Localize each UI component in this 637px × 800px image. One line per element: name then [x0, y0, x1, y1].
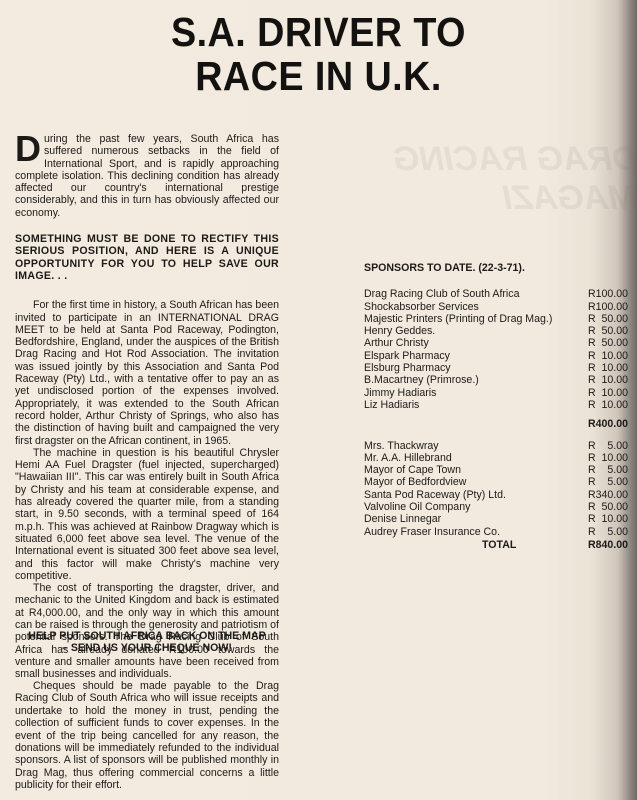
- sponsor-name: Drag Racing Club of South Africa: [364, 288, 519, 300]
- sponsor-name: Elspark Pharmacy: [364, 350, 450, 362]
- sponsor-name: Valvoline Oil Company: [364, 501, 470, 513]
- sponsor-row: Elspark PharmacyR 10.00: [364, 350, 628, 362]
- cta-line-2: – SEND US YOUR CHEQUE NOW!: [15, 642, 279, 654]
- sponsor-name: Audrey Fraser Insurance Co.: [364, 526, 500, 538]
- sponsor-name: Santa Pod Raceway (Pty) Ltd.: [364, 489, 506, 501]
- sponsor-row: Liz HadiarisR 10.00: [364, 399, 628, 411]
- sponsor-name: Majestic Printers (Printing of Drag Mag.…: [364, 313, 552, 325]
- sponsor-name: Mr. A.A. Hillebrand: [364, 452, 452, 464]
- sponsor-name: Liz Hadiaris: [364, 399, 419, 411]
- sponsor-amount: R 10.00: [588, 362, 628, 374]
- sponsor-amount: R340.00: [588, 489, 628, 501]
- sponsor-name: B.Macartney (Primrose.): [364, 374, 479, 386]
- total-row: TOTAL R840.00: [364, 539, 628, 551]
- sponsor-name: Elsburg Pharmacy: [364, 362, 451, 374]
- total-amount: R840.00: [588, 539, 628, 551]
- sponsor-row: Mayor of Cape TownR 5.00: [364, 464, 628, 476]
- sponsor-amount: R 10.00: [588, 513, 628, 525]
- sponsor-name: Shockabsorber Services: [364, 301, 479, 313]
- sponsor-amount: R 10.00: [588, 452, 628, 464]
- sponsor-amount: R 5.00: [588, 464, 628, 476]
- sponsor-row: Elsburg PharmacyR 10.00: [364, 362, 628, 374]
- show-through-print: DRAG RACING MAGAZI: [330, 140, 637, 218]
- sponsor-row: Denise LinnegarR 10.00: [364, 513, 628, 525]
- sponsor-amount: R 5.00: [588, 440, 628, 452]
- intro-paragraph: During the past few years, South Africa …: [15, 133, 279, 219]
- sponsor-amount: R 10.00: [588, 387, 628, 399]
- sponsor-name: Henry Geddes.: [364, 325, 435, 337]
- sponsor-amount: R 10.00: [588, 350, 628, 362]
- article-body: During the past few years, South Africa …: [15, 133, 279, 680]
- sponsor-amount: R 50.00: [588, 501, 628, 513]
- sponsor-amount: R 10.00: [588, 374, 628, 386]
- sponsor-row: Drag Racing Club of South AfricaR100.00: [364, 288, 628, 300]
- sponsor-name: Mrs. Thackwray: [364, 440, 439, 452]
- sponsors-heading: SPONSORS TO DATE. (22-3-71).: [364, 262, 628, 274]
- sponsor-row: B.Macartney (Primrose.)R 10.00: [364, 374, 628, 386]
- sponsor-name: Denise Linnegar: [364, 513, 441, 525]
- sponsor-row: Audrey Fraser Insurance Co.R 5.00: [364, 526, 628, 538]
- sponsor-amount: R 5.00: [588, 526, 628, 538]
- sponsors-group-2: Mrs. ThackwrayR 5.00Mr. A.A. HillebrandR…: [364, 440, 628, 538]
- sponsor-row: Henry Geddes.R 50.00: [364, 325, 628, 337]
- sponsor-name: Mayor of Bedfordview: [364, 476, 466, 488]
- sponsor-amount: R 50.00: [588, 337, 628, 349]
- title-line-1: S.A. DRIVER TO: [25, 10, 611, 54]
- sponsor-row: Valvoline Oil CompanyR 50.00: [364, 501, 628, 513]
- sponsor-amount: R 10.00: [588, 399, 628, 411]
- cheques-section: Cheques should be made payable to the Dr…: [15, 680, 279, 792]
- subtotal: R400.00: [364, 418, 628, 430]
- sponsor-row: Mr. A.A. HillebrandR 10.00: [364, 452, 628, 464]
- drop-cap: D: [15, 134, 41, 164]
- sponsor-name: Mayor of Cape Town: [364, 464, 461, 476]
- sponsor-row: Arthur ChristyR 50.00: [364, 337, 628, 349]
- call-to-action: HELP PUT SOUTH AFRICA BACK ON THE MAP – …: [15, 630, 279, 654]
- article-title: S.A. DRIVER TO RACE IN U.K.: [25, 10, 611, 98]
- cheques-paragraph: Cheques should be made payable to the Dr…: [15, 680, 279, 792]
- sponsor-row: Santa Pod Raceway (Pty) Ltd.R340.00: [364, 489, 628, 501]
- sponsor-amount: R 50.00: [588, 325, 628, 337]
- sponsor-row: Majestic Printers (Printing of Drag Mag.…: [364, 313, 628, 325]
- sponsor-amount: R100.00: [588, 288, 628, 300]
- sponsor-amount: R100.00: [588, 301, 628, 313]
- cta-line-1: HELP PUT SOUTH AFRICA BACK ON THE MAP: [15, 630, 279, 642]
- call-heading: SOMETHING MUST BE DONE TO RECTIFY THIS S…: [15, 233, 279, 282]
- magazine-page: DRAG RACING MAGAZI S.A. DRIVER TO RACE I…: [0, 0, 637, 800]
- sponsor-row: Jimmy HadiarisR 10.00: [364, 387, 628, 399]
- total-label: TOTAL: [364, 539, 516, 551]
- body-paragraph-2: The machine in question is his beautiful…: [15, 447, 279, 582]
- sponsor-row: Mrs. ThackwrayR 5.00: [364, 440, 628, 452]
- sponsor-row: Shockabsorber ServicesR100.00: [364, 301, 628, 313]
- sponsor-name: Jimmy Hadiaris: [364, 387, 436, 399]
- title-line-2: RACE IN U.K.: [25, 54, 611, 98]
- body-paragraph-1: For the first time in history, a South A…: [15, 299, 279, 447]
- intro-text: uring the past few years, South Africa h…: [15, 133, 279, 219]
- sponsors-list: SPONSORS TO DATE. (22-3-71). Drag Racing…: [364, 262, 628, 551]
- sponsor-amount: R 5.00: [588, 476, 628, 488]
- sponsors-group-1: Drag Racing Club of South AfricaR100.00S…: [364, 288, 628, 411]
- sponsor-amount: R 50.00: [588, 313, 628, 325]
- sponsor-name: Arthur Christy: [364, 337, 429, 349]
- sponsor-row: Mayor of BedfordviewR 5.00: [364, 476, 628, 488]
